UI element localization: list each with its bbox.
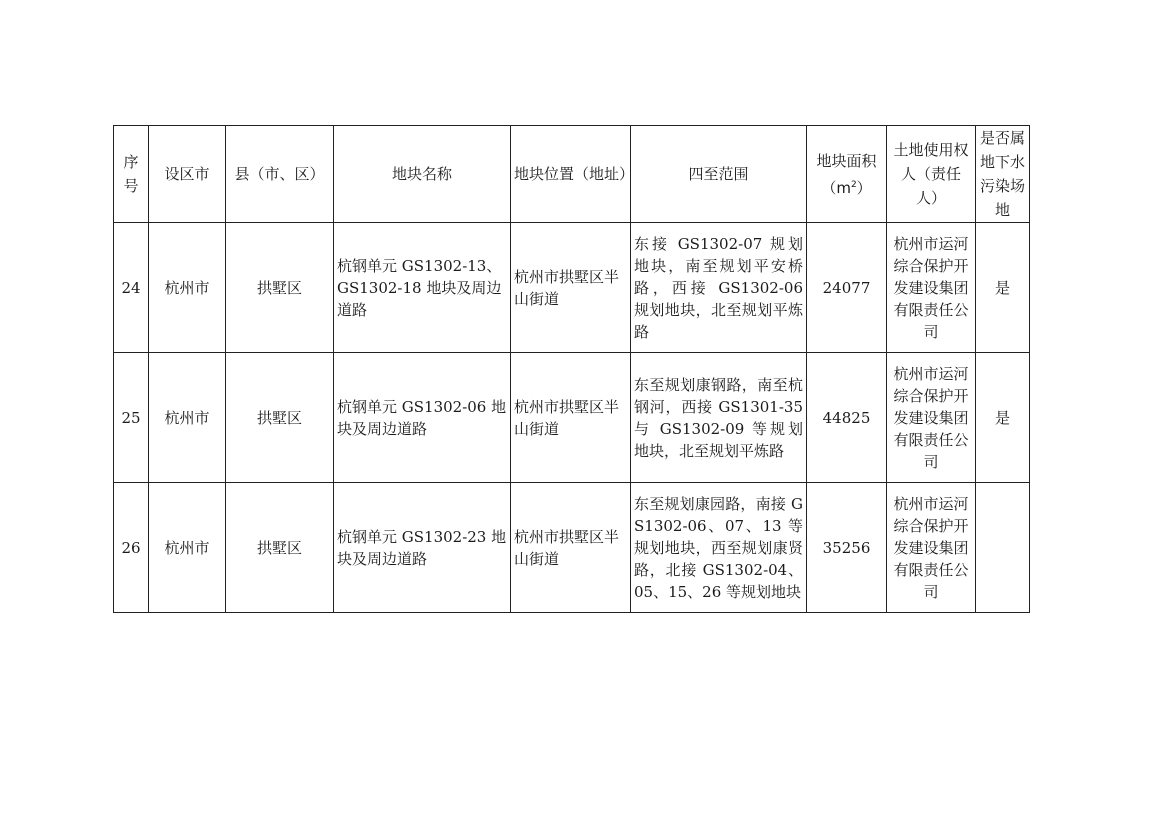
table-row: 25 杭州市 拱墅区 杭钢单元 GS1302-06 地块及周边道路 杭州市拱墅区…: [114, 353, 1030, 483]
header-site-name: 地块名称: [334, 126, 511, 223]
header-area-unit-open: （m: [821, 179, 851, 197]
cell-site-name: 杭钢单元 GS1302-06 地块及周边道路: [334, 353, 511, 483]
cell-boundary: 东接 GS1302-07 规划地块，南至规划平安桥路，西接 GS1302-06 …: [631, 223, 807, 353]
header-area-unit-close: ）: [857, 179, 872, 197]
header-boundary: 四至范围: [631, 126, 807, 223]
cell-district: 拱墅区: [226, 353, 334, 483]
cell-boundary: 东至规划康园路，南接 GS1302-06、07、13 等规划地块，西至规划康贤路…: [631, 483, 807, 613]
cell-area: 24077: [807, 223, 887, 353]
header-area: 地块面积（m2）: [807, 126, 887, 223]
cell-district: 拱墅区: [226, 223, 334, 353]
header-no: 序号: [114, 126, 149, 223]
cell-location: 杭州市拱墅区半山街道: [511, 353, 631, 483]
table-row: 26 杭州市 拱墅区 杭钢单元 GS1302-23 地块及周边道路 杭州市拱墅区…: [114, 483, 1030, 613]
cell-site-name: 杭钢单元 GS1302-13、GS1302-18 地块及周边道路: [334, 223, 511, 353]
cell-owner: 杭州市运河综合保护开发建设集团有限责任公司: [887, 223, 976, 353]
cell-area: 35256: [807, 483, 887, 613]
cell-no: 26: [114, 483, 149, 613]
header-location: 地块位置（地址）: [511, 126, 631, 223]
cell-city: 杭州市: [149, 483, 226, 613]
cell-city: 杭州市: [149, 223, 226, 353]
cell-owner: 杭州市运河综合保护开发建设集团有限责任公司: [887, 353, 976, 483]
cell-boundary: 东至规划康钢路，南至杭钢河，西接 GS1301-35 与 GS1302-09 等…: [631, 353, 807, 483]
cell-groundwater: 是: [976, 223, 1030, 353]
header-groundwater: 是否属地下水污染场地: [976, 126, 1030, 223]
cell-no: 24: [114, 223, 149, 353]
cell-location: 杭州市拱墅区半山街道: [511, 483, 631, 613]
cell-district: 拱墅区: [226, 483, 334, 613]
header-owner: 土地使用权人（责任人）: [887, 126, 976, 223]
table-row: 24 杭州市 拱墅区 杭钢单元 GS1302-13、GS1302-18 地块及周…: [114, 223, 1030, 353]
header-city: 设区市: [149, 126, 226, 223]
header-district: 县（市、区）: [226, 126, 334, 223]
table-header-row: 序号 设区市 县（市、区） 地块名称 地块位置（地址） 四至范围 地块面积（m2…: [114, 126, 1030, 223]
cell-area: 44825: [807, 353, 887, 483]
cell-no: 25: [114, 353, 149, 483]
header-area-label: 地块面积: [816, 152, 876, 170]
contaminated-sites-table: 序号 设区市 县（市、区） 地块名称 地块位置（地址） 四至范围 地块面积（m2…: [113, 125, 1030, 613]
cell-owner: 杭州市运河综合保护开发建设集团有限责任公司: [887, 483, 976, 613]
cell-site-name: 杭钢单元 GS1302-23 地块及周边道路: [334, 483, 511, 613]
cell-groundwater: [976, 483, 1030, 613]
cell-groundwater: 是: [976, 353, 1030, 483]
cell-location: 杭州市拱墅区半山街道: [511, 223, 631, 353]
cell-city: 杭州市: [149, 353, 226, 483]
